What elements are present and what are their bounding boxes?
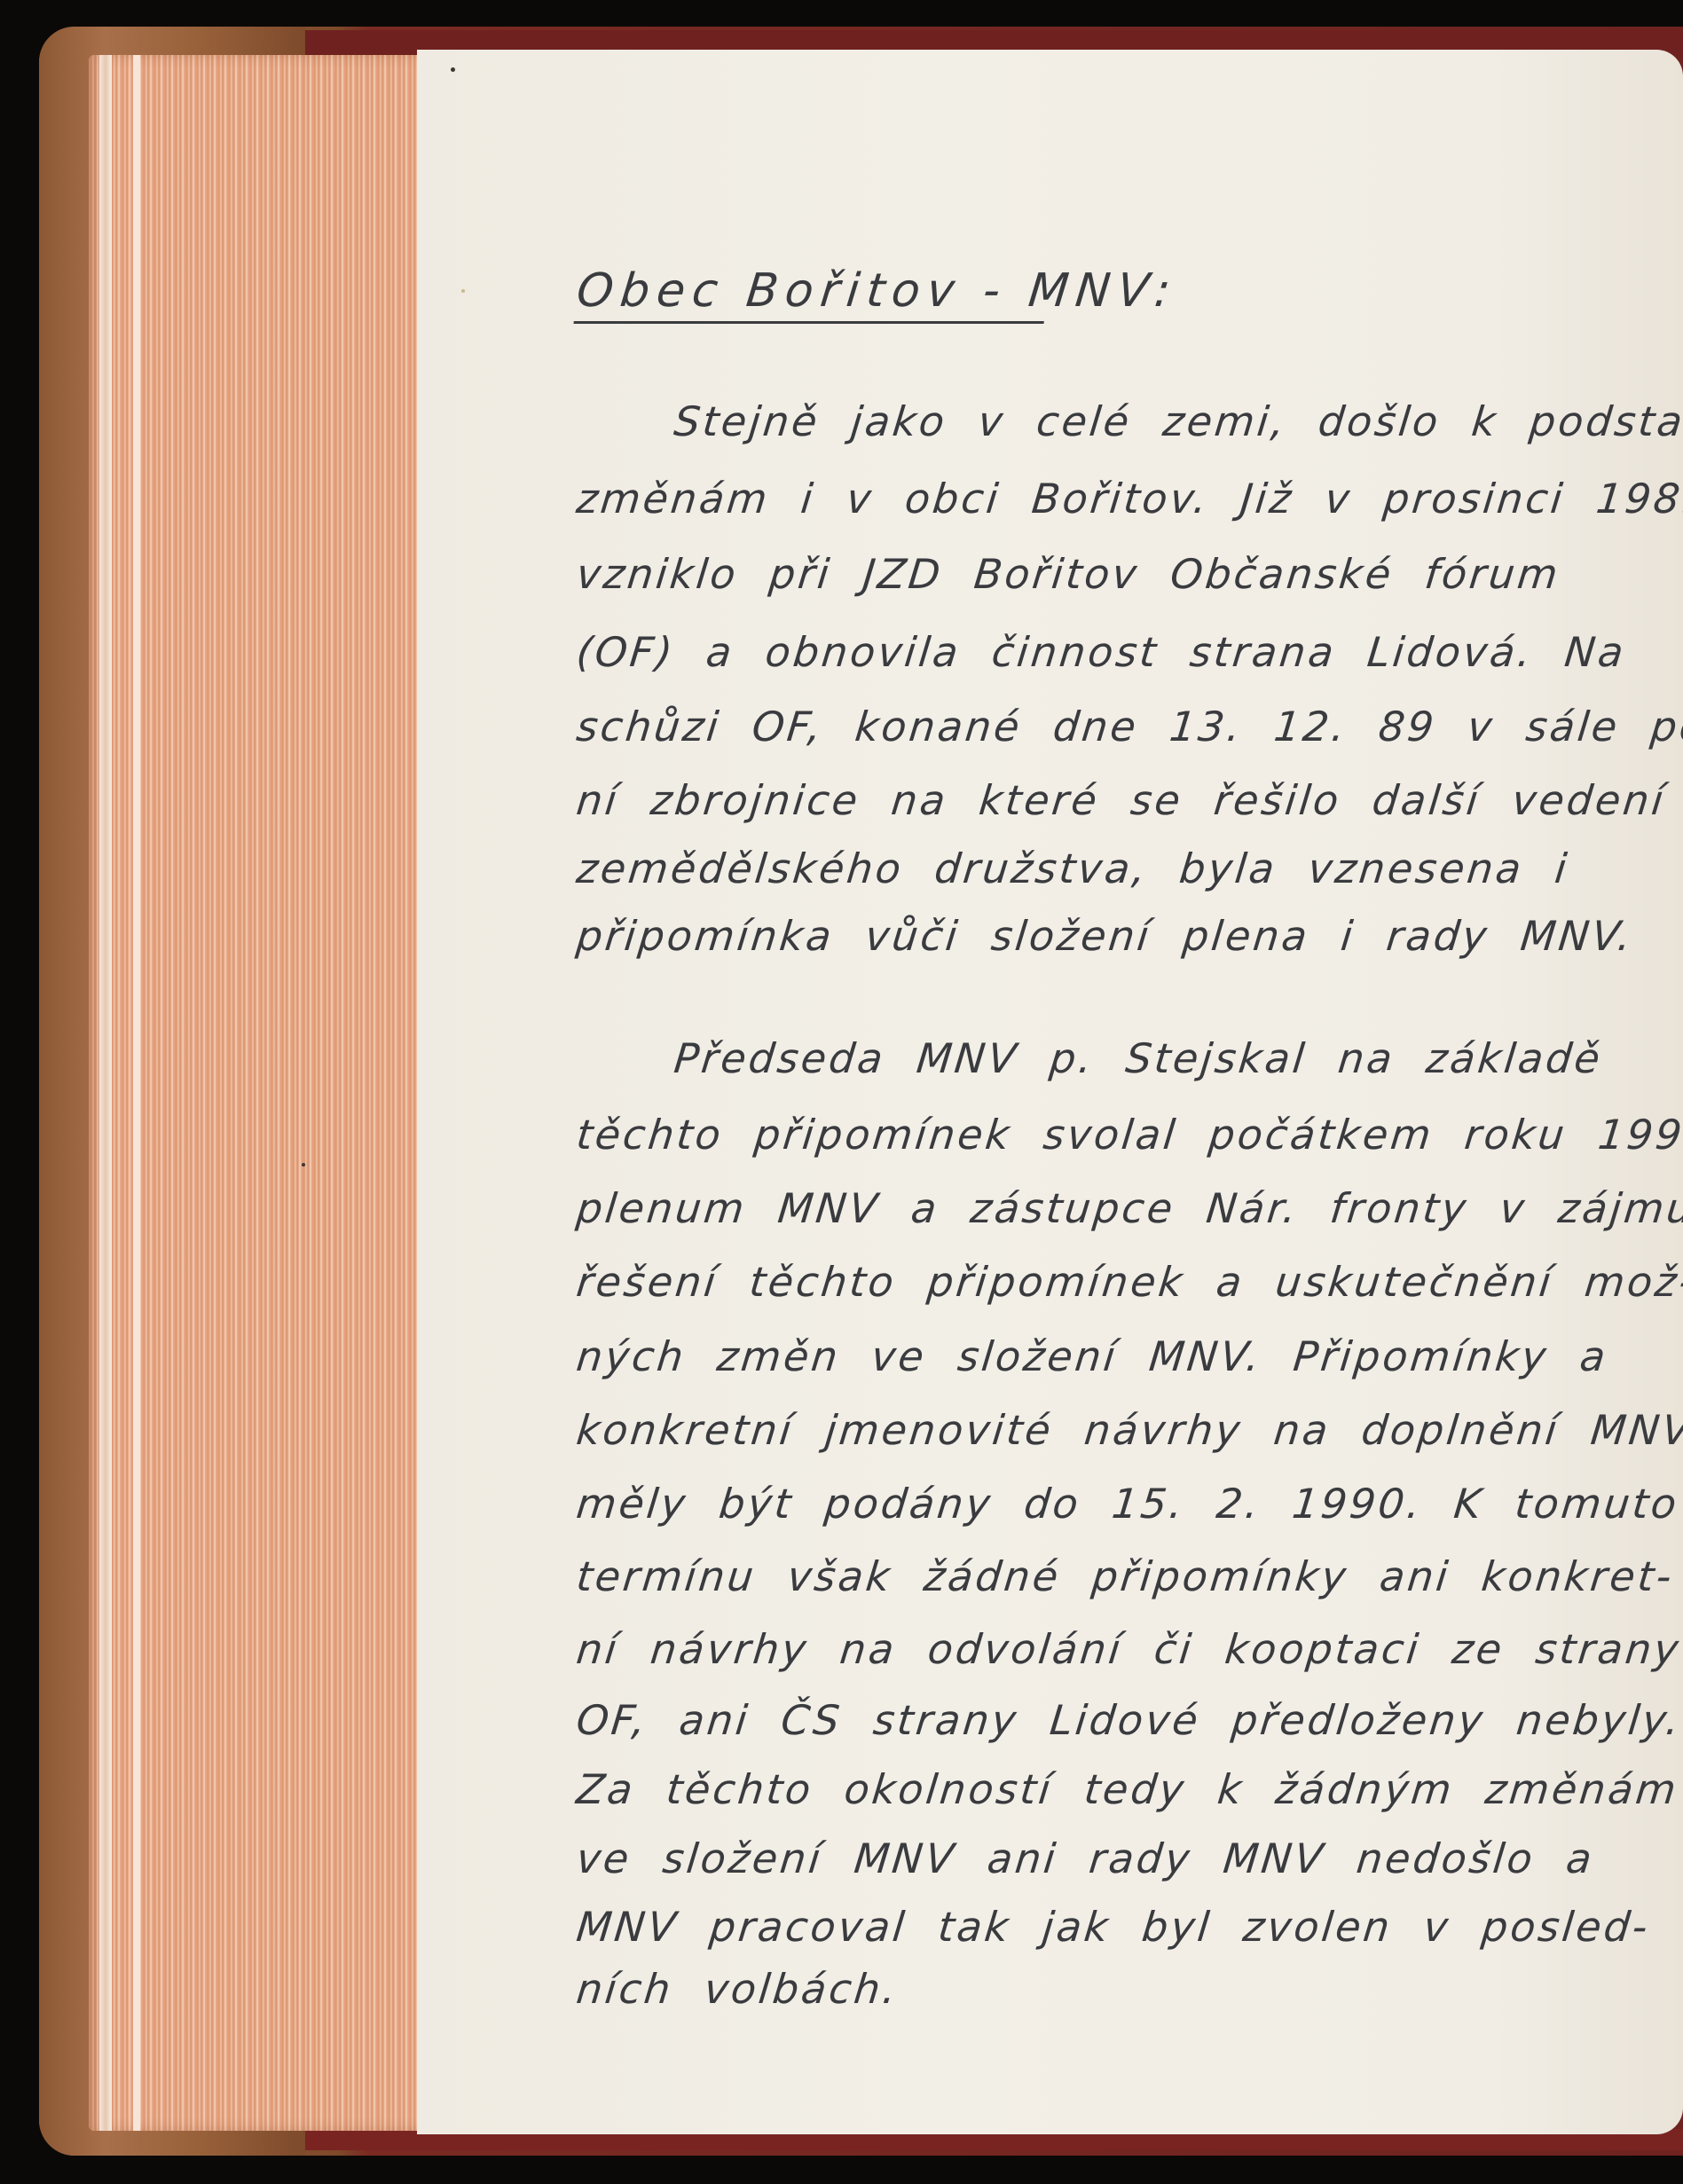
text-line: OF, ani ČS strany Lidové předloženy neby…: [574, 1696, 1683, 1744]
ink-speck: [451, 67, 455, 72]
text-line: zemědělského družstva, byla vznesena i: [574, 845, 1571, 892]
handwritten-page: [417, 50, 1683, 2134]
text-line: termínu však žádné připomínky ani konkre…: [574, 1552, 1676, 1600]
ink-speck: [302, 1163, 305, 1167]
text-line: Za těchto okolností tedy k žádným změnám: [574, 1765, 1680, 1813]
text-line: měly být podány do 15. 2. 1990. K tomuto: [574, 1480, 1681, 1528]
text-line: Předseda MNV p. Stejskal na základě: [672, 1034, 1605, 1082]
text-line: změnám i v obci Bořitov. Již v prosinci …: [574, 475, 1683, 522]
text-line: plenum MNV a zástupce Nár. fronty v zájm…: [574, 1184, 1683, 1232]
text-line: ných změn ve složení MNV. Připomínky a: [574, 1332, 1610, 1380]
text-line: těchto připomínek svolal počátkem roku 1…: [574, 1111, 1683, 1159]
paper-speck: [461, 289, 465, 293]
book-scan: Obec Bořitov - MNV: Stejně jako v celé z…: [0, 0, 1683, 2184]
text-line: konkretní jmenovité návrhy na doplnění M…: [574, 1406, 1683, 1454]
text-line: ve složení MNV ani rady MNV nedošlo a: [574, 1834, 1596, 1882]
text-line: řešení těchto připomínek a uskutečnění m…: [574, 1258, 1683, 1306]
text-line: ní návrhy na odvolání či kooptaci ze str…: [574, 1625, 1683, 1673]
text-line: ní zbrojnice na které se řešilo další ve…: [574, 776, 1668, 824]
page-fore-edges: [89, 55, 419, 2131]
text-line: ních volbách.: [574, 1965, 900, 2013]
text-line: schůzi OF, konané dne 13. 12. 89 v sále …: [574, 703, 1683, 750]
page-heading: Obec Bořitov - MNV:: [573, 264, 1050, 324]
text-line: (OF) a obnovila činnost strana Lidová. N…: [574, 628, 1628, 676]
text-line: připomínka vůči složení plena i rady MNV…: [574, 912, 1636, 960]
text-line: MNV pracoval tak jak byl zvolen v posled…: [574, 1903, 1652, 1951]
text-line: vzniklo při JZD Bořitov Občanské fórum: [574, 550, 1562, 598]
text-line: Stejně jako v celé zemi, došlo k podstat…: [672, 397, 1683, 445]
